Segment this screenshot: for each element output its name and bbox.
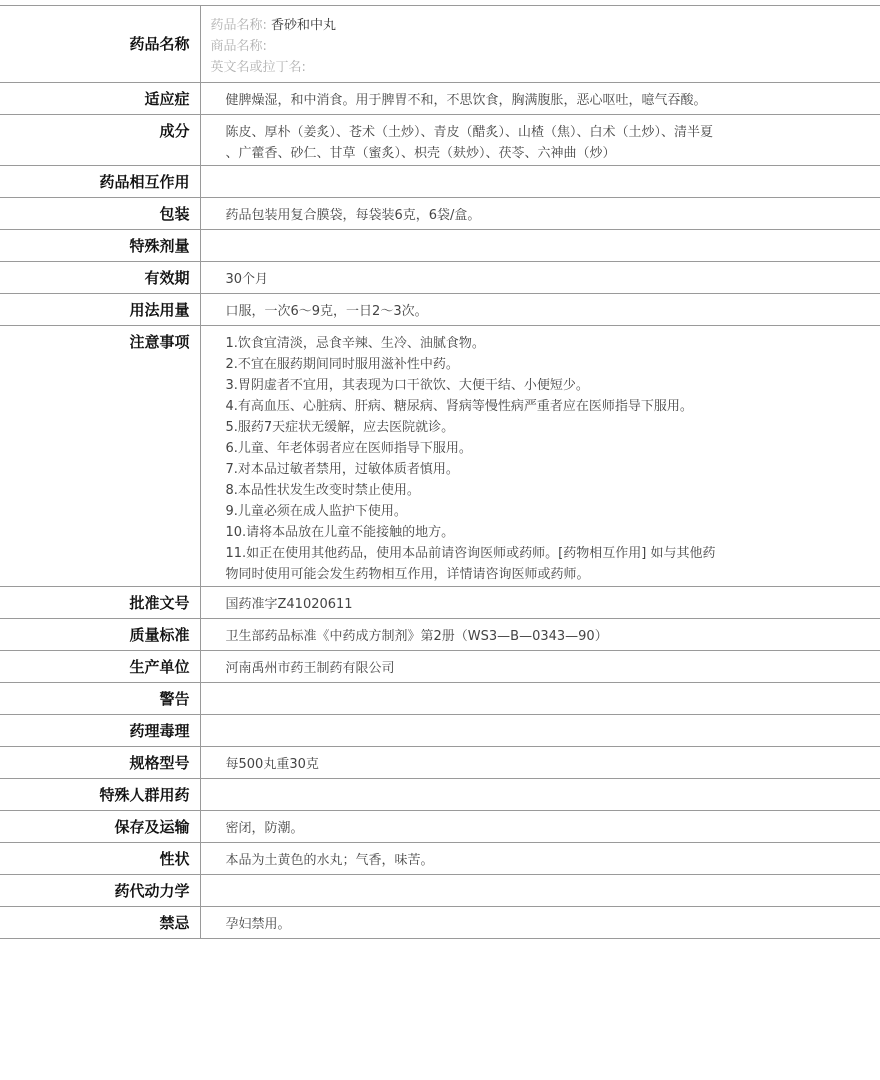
special-dosage-value [200,230,880,262]
interactions-value [200,166,880,198]
shelf-life-label: 有效期 [0,262,200,294]
precaution-item: 1.饮食宜清淡，忌食辛辣、生冷、油腻食物。 [226,333,880,354]
row-ingredients: 成分 陈皮、厚朴（姜炙）、苍术（土炒）、青皮（醋炙）、山楂（焦）、白术（土炒）、… [0,115,880,166]
row-specification: 规格型号 每500丸重30克 [0,747,880,779]
manufacturer-label: 生产单位 [0,651,200,683]
row-indications: 适应症 健脾燥湿，和中消食。用于脾胃不和，不思饮食，胸满腹胀，恶心呕吐，噫气吞酸… [0,83,880,115]
precautions-label: 注意事项 [0,326,200,587]
generic-name-line: 药品名称: 香砂和中丸 [211,15,880,36]
english-name-label: 英文名或拉丁名: [211,60,306,75]
contraindications-label: 禁忌 [0,907,200,939]
special-populations-value [200,779,880,811]
shelf-life-value: 30个月 [200,262,880,294]
ingredients-line-2: 、广藿香、砂仁、甘草（蜜炙）、枳壳（麸炒）、茯苓、六神曲（炒） [226,143,880,164]
ingredients-label: 成分 [0,115,200,166]
precaution-item: 3.胃阴虚者不宜用，其表现为口干欲饮、大便干结、小便短少。 [226,375,880,396]
indications-value: 健脾燥湿，和中消食。用于脾胃不和，不思饮食，胸满腹胀，恶心呕吐，噫气吞酸。 [200,83,880,115]
row-drug-name: 药品名称 药品名称: 香砂和中丸 商品名称: 英文名或拉丁名: [0,6,880,83]
precaution-item: 9.儿童必须在成人监护下使用。 [226,501,880,522]
approval-number-label: 批准文号 [0,587,200,619]
row-description: 性状 本品为土黄色的水丸；气香，味苦。 [0,843,880,875]
trade-name-label: 商品名称: [211,39,267,54]
row-manufacturer: 生产单位 河南禹州市药王制药有限公司 [0,651,880,683]
row-pharmacology-toxicology: 药理毒理 [0,715,880,747]
description-value: 本品为土黄色的水丸；气香，味苦。 [200,843,880,875]
row-approval-number: 批准文号 国药准字Z41020611 [0,587,880,619]
precaution-item: 7.对本品过敏者禁用，过敏体质者慎用。 [226,459,880,480]
row-interactions: 药品相互作用 [0,166,880,198]
usage-label: 用法用量 [0,294,200,326]
contraindications-value: 孕妇禁用。 [200,907,880,939]
precaution-item: 2.不宜在服药期间同时服用滋补性中药。 [226,354,880,375]
warning-label: 警告 [0,683,200,715]
special-populations-label: 特殊人群用药 [0,779,200,811]
precaution-item: 10.请将本品放在儿童不能接触的地方。 [226,522,880,543]
quality-standard-value: 卫生部药品标准《中药成方制剂》第2册（WS3—B—0343—90） [200,619,880,651]
packaging-value: 药品包装用复合膜袋，每袋装6克，6袋/盒。 [200,198,880,230]
row-pharmacokinetics: 药代动力学 [0,875,880,907]
pharmacology-toxicology-label: 药理毒理 [0,715,200,747]
trade-name-line: 商品名称: [211,36,880,57]
precaution-item: 11.如正在使用其他药品，使用本品前请咨询医师或药师。[药物相互作用] 如与其他… [226,543,880,564]
description-label: 性状 [0,843,200,875]
interactions-label: 药品相互作用 [0,166,200,198]
precaution-item: 4.有高血压、心脏病、肝病、糖尿病、肾病等慢性病严重者应在医师指导下服用。 [226,396,880,417]
specification-label: 规格型号 [0,747,200,779]
precautions-value: 1.饮食宜清淡，忌食辛辣、生冷、油腻食物。 2.不宜在服药期间同时服用滋补性中药… [200,326,880,587]
storage-transport-label: 保存及运输 [0,811,200,843]
specification-value: 每500丸重30克 [200,747,880,779]
row-usage: 用法用量 口服，一次6～9克，一日2～3次。 [0,294,880,326]
manufacturer-value: 河南禹州市药王制药有限公司 [200,651,880,683]
indications-label: 适应症 [0,83,200,115]
row-packaging: 包装 药品包装用复合膜袋，每袋装6克，6袋/盒。 [0,198,880,230]
english-name-line: 英文名或拉丁名: [211,57,880,78]
generic-name-value: 香砂和中丸 [271,18,336,33]
row-storage-transport: 保存及运输 密闭，防潮。 [0,811,880,843]
precaution-item: 5.服药7天症状无缓解，应去医院就诊。 [226,417,880,438]
row-special-populations: 特殊人群用药 [0,779,880,811]
storage-transport-value: 密闭，防潮。 [200,811,880,843]
quality-standard-label: 质量标准 [0,619,200,651]
warning-value [200,683,880,715]
drug-name-label: 药品名称 [0,6,200,83]
row-precautions: 注意事项 1.饮食宜清淡，忌食辛辣、生冷、油腻食物。 2.不宜在服药期间同时服用… [0,326,880,587]
row-warning: 警告 [0,683,880,715]
generic-name-label: 药品名称: [211,18,267,33]
usage-value: 口服，一次6～9克，一日2～3次。 [200,294,880,326]
row-special-dosage: 特殊剂量 [0,230,880,262]
row-quality-standard: 质量标准 卫生部药品标准《中药成方制剂》第2册（WS3—B—0343—90） [0,619,880,651]
approval-number-value: 国药准字Z41020611 [200,587,880,619]
packaging-label: 包装 [0,198,200,230]
precaution-item: 8.本品性状发生改变时禁止使用。 [226,480,880,501]
drug-name-value: 药品名称: 香砂和中丸 商品名称: 英文名或拉丁名: [200,6,880,83]
pharmacokinetics-label: 药代动力学 [0,875,200,907]
pharmacokinetics-value [200,875,880,907]
ingredients-value: 陈皮、厚朴（姜炙）、苍术（土炒）、青皮（醋炙）、山楂（焦）、白术（土炒）、清半夏… [200,115,880,166]
special-dosage-label: 特殊剂量 [0,230,200,262]
precaution-item: 6.儿童、年老体弱者应在医师指导下服用。 [226,438,880,459]
pharmacology-toxicology-value [200,715,880,747]
ingredients-line-1: 陈皮、厚朴（姜炙）、苍术（土炒）、青皮（醋炙）、山楂（焦）、白术（土炒）、清半夏 [226,122,880,143]
row-contraindications: 禁忌 孕妇禁用。 [0,907,880,939]
drug-spec-table: 药品名称 药品名称: 香砂和中丸 商品名称: 英文名或拉丁名: 适应症 健脾燥湿… [0,5,880,939]
row-shelf-life: 有效期 30个月 [0,262,880,294]
precaution-item: 物同时使用可能会发生药物相互作用，详情请咨询医师或药师。 [226,564,880,585]
